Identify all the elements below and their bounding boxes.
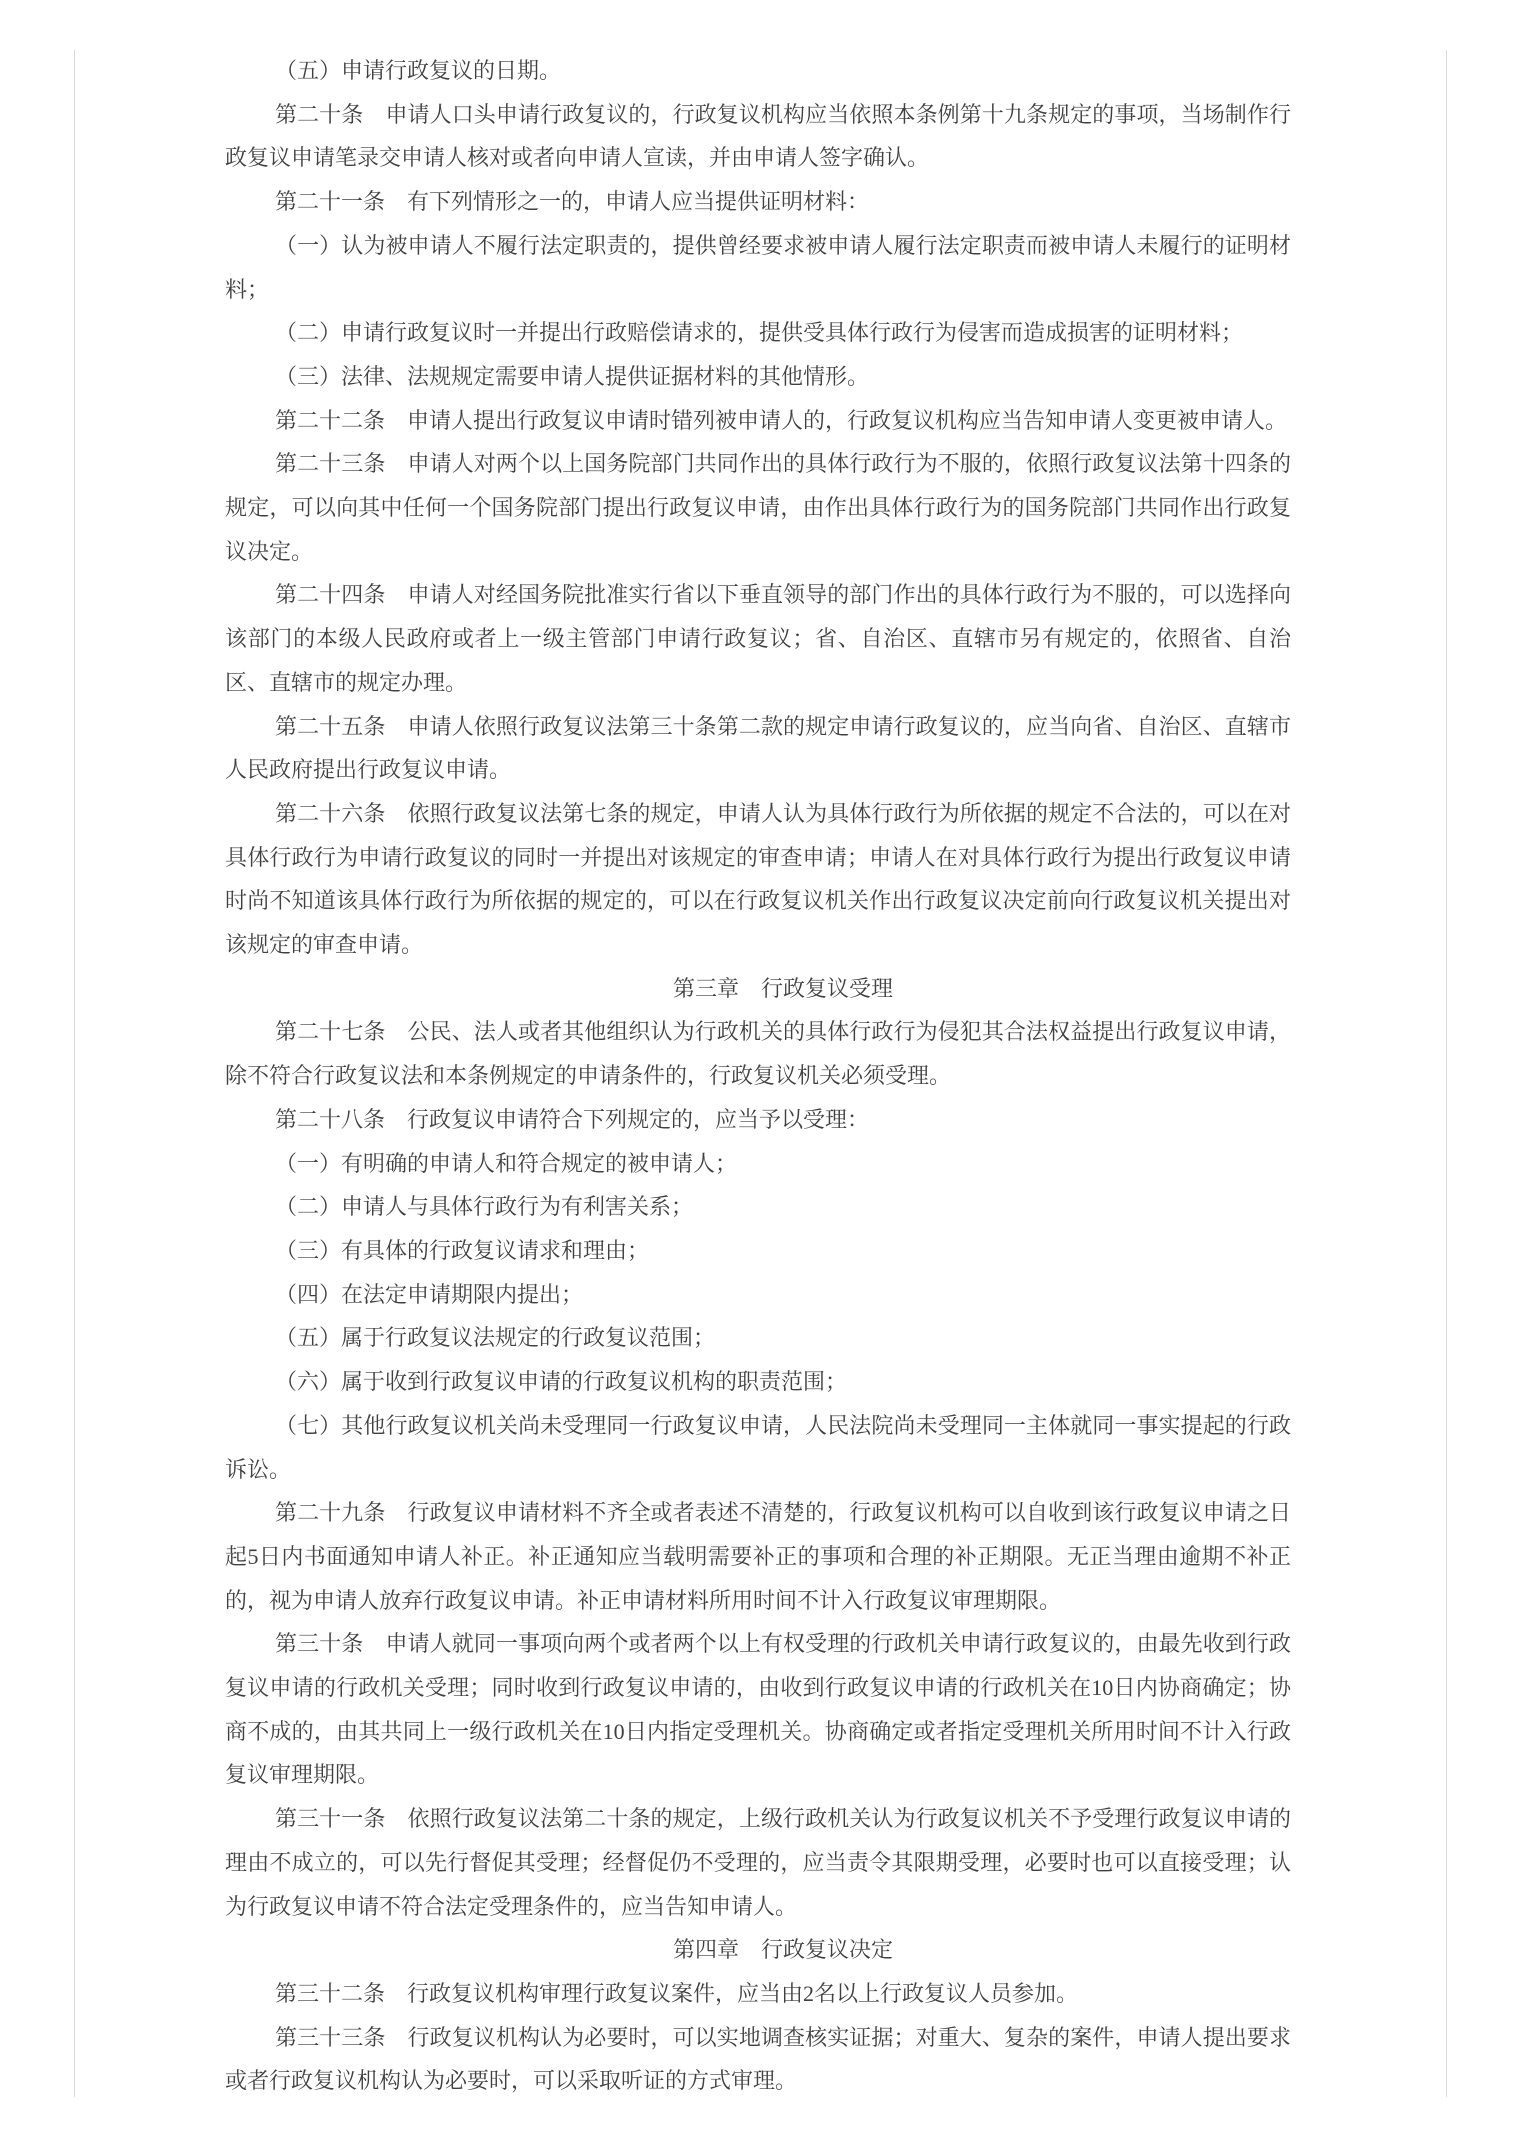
paragraph: （一）有明确的申请人和符合规定的被申请人； (225, 1142, 1291, 1186)
paragraph: 第二十九条 行政复议申请材料不齐全或者表述不清楚的，行政复议机构可以自收到该行政… (225, 1491, 1291, 1622)
paragraph: （四）在法定申请期限内提出； (225, 1273, 1291, 1317)
document-viewer: { "page": { "background_color": "#ffffff… (0, 0, 1520, 2150)
paragraph: （三）有具体的行政复议请求和理由； (225, 1229, 1291, 1273)
paragraph: 第三十二条 行政复议机构审理行政复议案件，应当由2名以上行政复议人员参加。 (225, 1972, 1291, 2016)
chapter-heading: 第三章 行政复议受理 (225, 967, 1291, 1011)
paragraph: （五）属于行政复议法规定的行政复议范围； (225, 1316, 1291, 1360)
paragraph: 第二十一条 有下列情形之一的，申请人应当提供证明材料： (225, 180, 1291, 224)
paragraph: （五）申请行政复议的日期。 (225, 49, 1291, 93)
paragraph: 第三十条 申请人就同一事项向两个或者两个以上有权受理的行政机关申请行政复议的，由… (225, 1622, 1291, 1797)
paragraph: 第二十七条 公民、法人或者其他组织认为行政机关的具体行政行为侵犯其合法权益提出行… (225, 1010, 1291, 1097)
paragraph: （二）申请人与具体行政行为有利害关系； (225, 1185, 1291, 1229)
paragraph: 第三十三条 行政复议机构认为必要时，可以实地调查核实证据；对重大、复杂的案件，申… (225, 2016, 1291, 2103)
paragraph: （六）属于收到行政复议申请的行政复议机构的职责范围； (225, 1360, 1291, 1404)
paragraph: （三）法律、法规规定需要申请人提供证据材料的其他情形。 (225, 355, 1291, 399)
paragraph: 第三十一条 依照行政复议法第二十条的规定，上级行政机关认为行政复议机关不予受理行… (225, 1797, 1291, 1928)
chapter-heading: 第四章 行政复议决定 (225, 1928, 1291, 1972)
document-page: （五）申请行政复议的日期。第二十条 申请人口头申请行政复议的，行政复议机构应当依… (74, 50, 1447, 2097)
paragraph: 第二十六条 依照行政复议法第七条的规定，申请人认为具体行政行为所依据的规定不合法… (225, 792, 1291, 967)
paragraph: 第二十四条 申请人对经国务院批准实行省以下垂直领导的部门作出的具体行政行为不服的… (225, 573, 1291, 704)
paragraph: 第二十八条 行政复议申请符合下列规定的，应当予以受理： (225, 1098, 1291, 1142)
document-content: （五）申请行政复议的日期。第二十条 申请人口头申请行政复议的，行政复议机构应当依… (225, 49, 1291, 2103)
paragraph: 第二十二条 申请人提出行政复议申请时错列被申请人的，行政复议机构应当告知申请人变… (225, 399, 1291, 443)
paragraph: （一）认为被申请人不履行法定职责的，提供曾经要求被申请人履行法定职责而被申请人未… (225, 224, 1291, 311)
paragraph: 第二十三条 申请人对两个以上国务院部门共同作出的具体行政行为不服的，依照行政复议… (225, 442, 1291, 573)
paragraph: （二）申请行政复议时一并提出行政赔偿请求的，提供受具体行政行为侵害而造成损害的证… (225, 311, 1291, 355)
paragraph: 第二十条 申请人口头申请行政复议的，行政复议机构应当依照本条例第十九条规定的事项… (225, 93, 1291, 180)
paragraph: 第二十五条 申请人依照行政复议法第三十条第二款的规定申请行政复议的，应当向省、自… (225, 705, 1291, 792)
paragraph: （七）其他行政复议机关尚未受理同一行政复议申请，人民法院尚未受理同一主体就同一事… (225, 1404, 1291, 1491)
